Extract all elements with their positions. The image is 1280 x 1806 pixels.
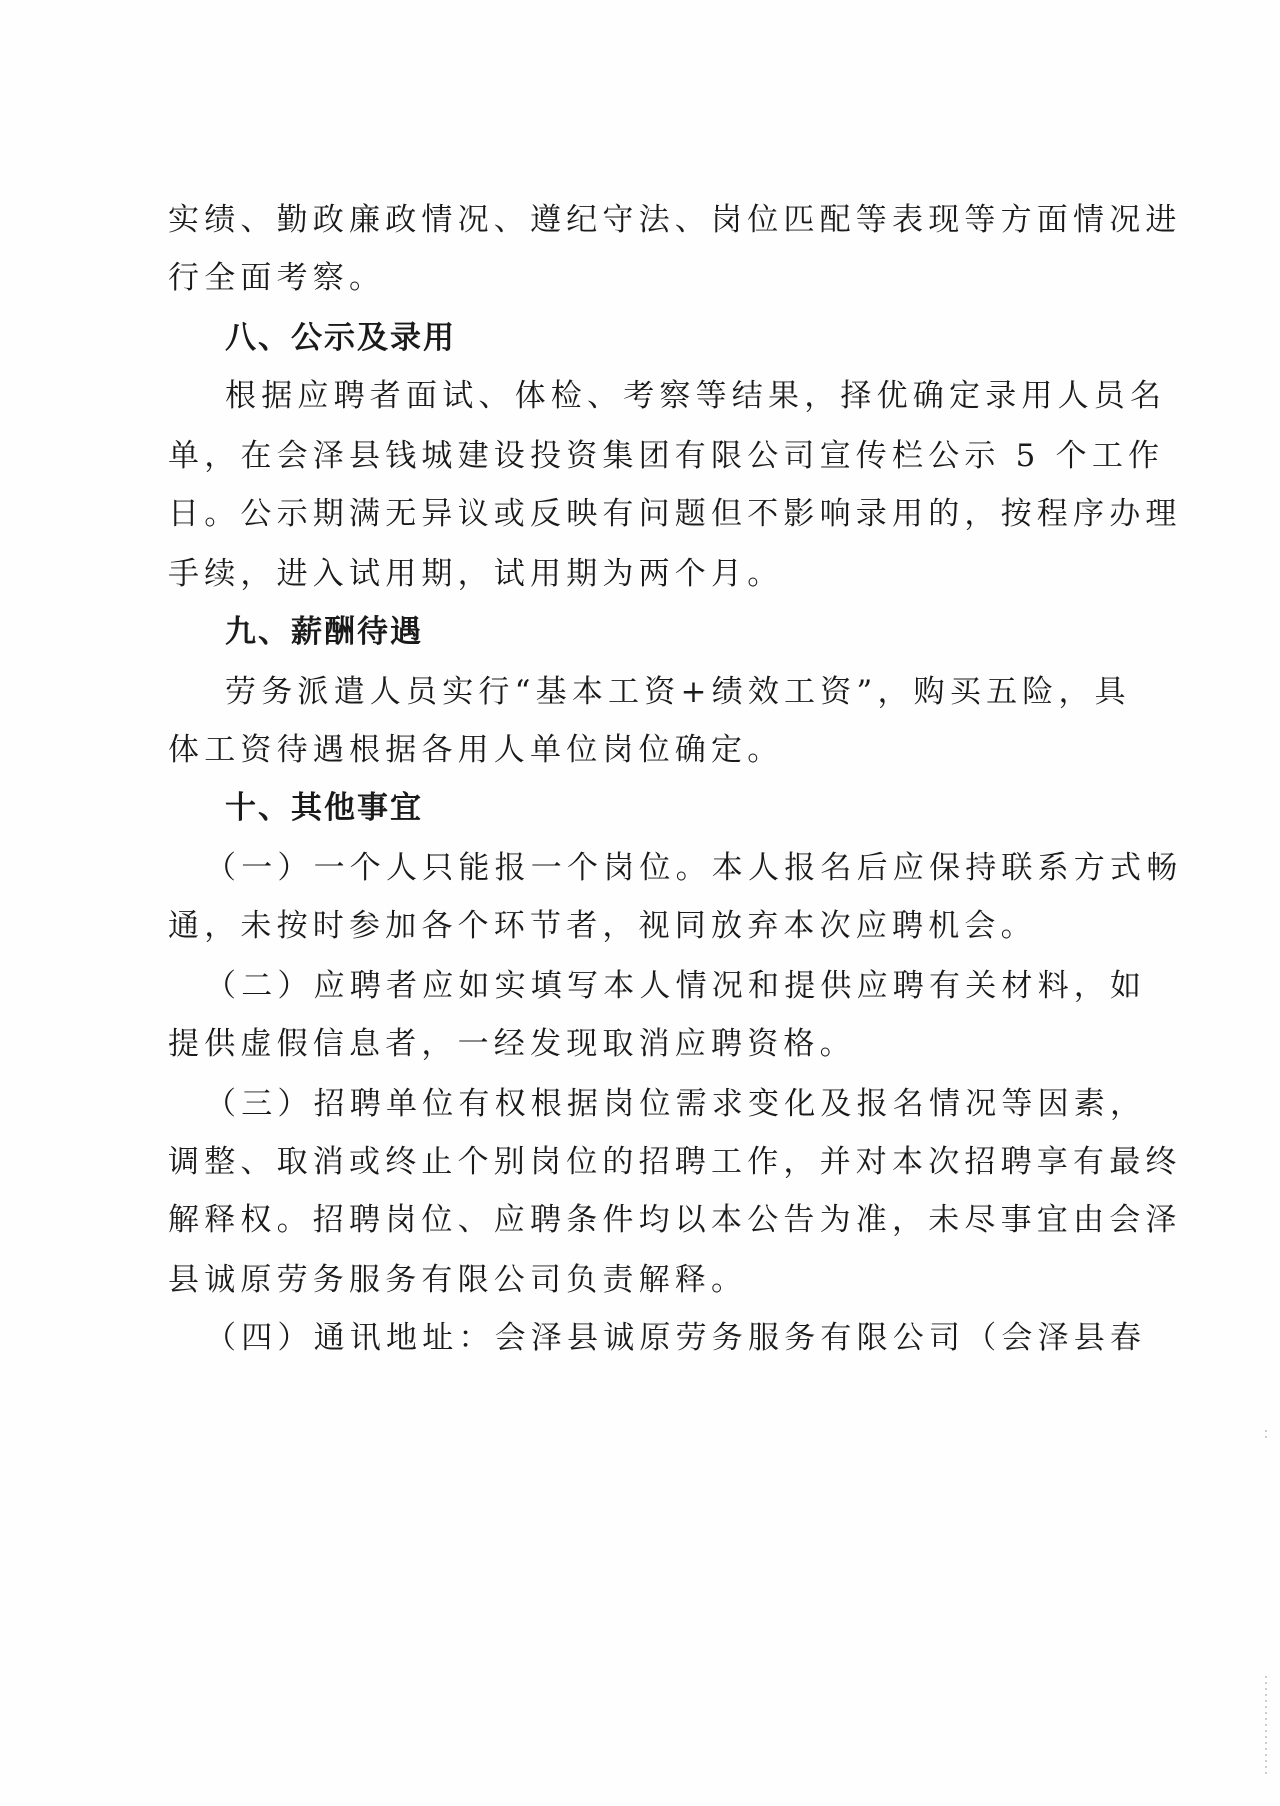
body-line: 提供虚假信息者，一经发现取消应聘资格。 (168, 1024, 1108, 1064)
body-line: 根据应聘者面试、体检、考察等结果，择优确定录用人员名 (225, 376, 1165, 416)
section-heading-9: 九、薪酬待遇 (225, 612, 1165, 652)
body-line: 实绩、勤政廉政情况、遵纪守法、岗位匹配等表现等方面情况进 (168, 200, 1108, 240)
body-line: （四）通讯地址：会泽县诚原劳务服务有限公司（会泽县春 (205, 1318, 1145, 1358)
document-page: 实绩、勤政廉政情况、遵纪守法、岗位匹配等表现等方面情况进 行全面考察。 八、公示… (0, 0, 1280, 1806)
scan-artifact (1265, 1430, 1267, 1442)
section-heading-10: 十、其他事宜 (225, 788, 1165, 828)
scan-artifact (1265, 1676, 1267, 1776)
body-line: 解释权。招聘岗位、应聘条件均以本公告为准，未尽事宜由会泽 (168, 1200, 1108, 1240)
section-heading-8: 八、公示及录用 (225, 318, 1165, 358)
body-line: （一）一个人只能报一个岗位。本人报名后应保持联系方式畅 (205, 848, 1145, 888)
body-line: 手续，进入试用期，试用期为两个月。 (168, 554, 1108, 594)
body-line: 单，在会泽县钱城建设投资集团有限公司宣传栏公示 5 个工作 (168, 436, 1108, 476)
body-line: 通，未按时参加各个环节者，视同放弃本次应聘机会。 (168, 906, 1108, 946)
body-line: 体工资待遇根据各用人单位岗位确定。 (168, 730, 1108, 770)
body-line: 县诚原劳务服务有限公司负责解释。 (168, 1260, 1108, 1300)
body-line: 日。公示期满无异议或反映有问题但不影响录用的，按程序办理 (168, 494, 1108, 534)
body-line: （三）招聘单位有权根据岗位需求变化及报名情况等因素， (205, 1084, 1145, 1124)
body-line: 劳务派遣人员实行“基本工资+绩效工资”，购买五险，具 (225, 672, 1165, 712)
body-line: 行全面考察。 (168, 258, 1108, 298)
body-line: （二）应聘者应如实填写本人情况和提供应聘有关材料，如 (205, 966, 1145, 1006)
body-line: 调整、取消或终止个别岗位的招聘工作，并对本次招聘享有最终 (168, 1142, 1108, 1182)
